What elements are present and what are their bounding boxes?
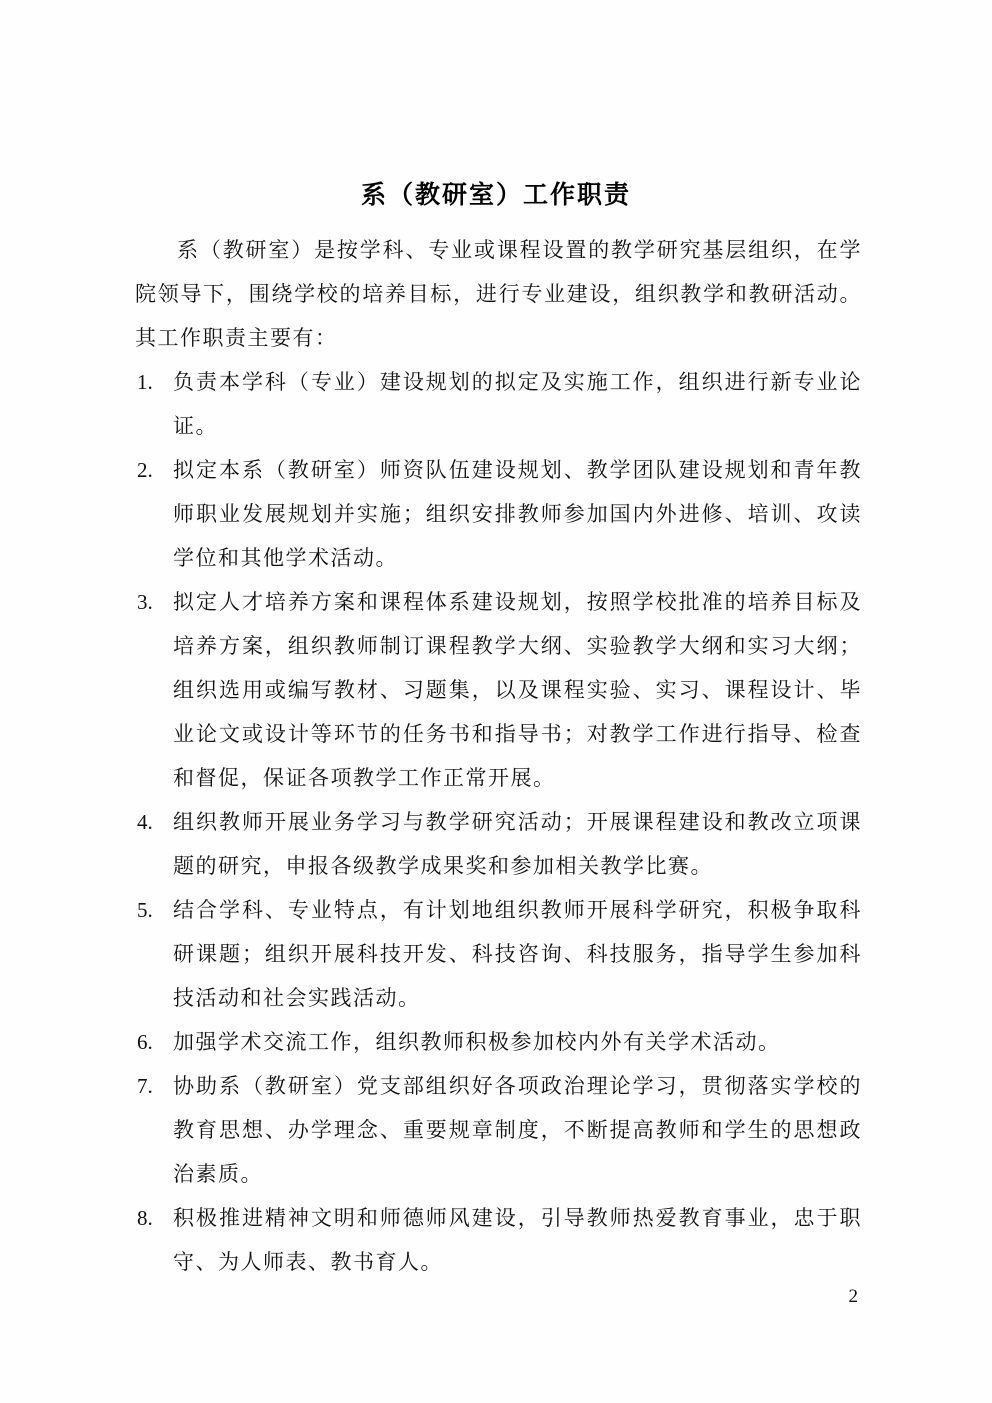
list-item: 1. 负责本学科（专业）建设规划的拟定及实施工作，组织进行新专业论证。: [135, 360, 862, 448]
item-number: 4.: [137, 800, 153, 844]
item-text: 结合学科、专业特点，有计划地组织教师开展科学研究，积极争取科研课题；组织开展科技…: [173, 898, 862, 1010]
list-item: 4. 组织教师开展业务学习与教学研究活动；开展课程建设和教改立项课题的研究，申报…: [135, 800, 862, 888]
item-number: 8.: [137, 1196, 153, 1240]
document-page: 系（教研室）工作职责 系（教研室）是按学科、专业或课程设置的教学研究基层组织，在…: [0, 0, 992, 1403]
item-text: 负责本学科（专业）建设规划的拟定及实施工作，组织进行新专业论证。: [173, 370, 862, 438]
list-item: 6. 加强学术交流工作，组织教师积极参加校内外有关学术活动。: [135, 1020, 862, 1064]
page-number: 2: [849, 1286, 859, 1308]
document-title: 系（教研室）工作职责: [0, 0, 992, 220]
item-text: 组织教师开展业务学习与教学研究活动；开展课程建设和教改立项课题的研究，申报各级教…: [173, 810, 862, 878]
item-text: 积极推进精神文明和师德师风建设，引导教师热爱教育事业，忠于职守、为人师表、教书育…: [173, 1206, 862, 1274]
item-number: 2.: [137, 448, 153, 492]
duty-list: 1. 负责本学科（专业）建设规划的拟定及实施工作，组织进行新专业论证。 2. 拟…: [135, 360, 862, 1284]
list-item: 3. 拟定人才培养方案和课程体系建设规划，按照学校批准的培养目标及培养方案，组织…: [135, 580, 862, 800]
list-item: 7. 协助系（教研室）党支部组织好各项政治理论学习，贯彻落实学校的教育思想、办学…: [135, 1064, 862, 1196]
list-item: 5. 结合学科、专业特点，有计划地组织教师开展科学研究，积极争取科研课题；组织开…: [135, 888, 862, 1020]
item-number: 7.: [137, 1064, 153, 1108]
item-number: 3.: [137, 580, 153, 624]
item-number: 5.: [137, 888, 153, 932]
list-item: 8. 积极推进精神文明和师德师风建设，引导教师热爱教育事业，忠于职守、为人师表、…: [135, 1196, 862, 1284]
item-text: 加强学术交流工作，组织教师积极参加校内外有关学术活动。: [173, 1030, 781, 1054]
item-number: 1.: [137, 360, 153, 404]
item-number: 6.: [137, 1020, 153, 1064]
document-body: 系（教研室）是按学科、专业或课程设置的教学研究基层组织，在学院领导下，围绕学校的…: [135, 228, 862, 1284]
item-text: 拟定人才培养方案和课程体系建设规划，按照学校批准的培养目标及培养方案，组织教师制…: [173, 590, 862, 790]
item-text: 拟定本系（教研室）师资队伍建设规划、教学团队建设规划和青年教师职业发展规划并实施…: [173, 458, 862, 570]
intro-paragraph: 系（教研室）是按学科、专业或课程设置的教学研究基层组织，在学院领导下，围绕学校的…: [135, 228, 862, 360]
item-text: 协助系（教研室）党支部组织好各项政治理论学习，贯彻落实学校的教育思想、办学理念、…: [173, 1074, 862, 1186]
list-item: 2. 拟定本系（教研室）师资队伍建设规划、教学团队建设规划和青年教师职业发展规划…: [135, 448, 862, 580]
